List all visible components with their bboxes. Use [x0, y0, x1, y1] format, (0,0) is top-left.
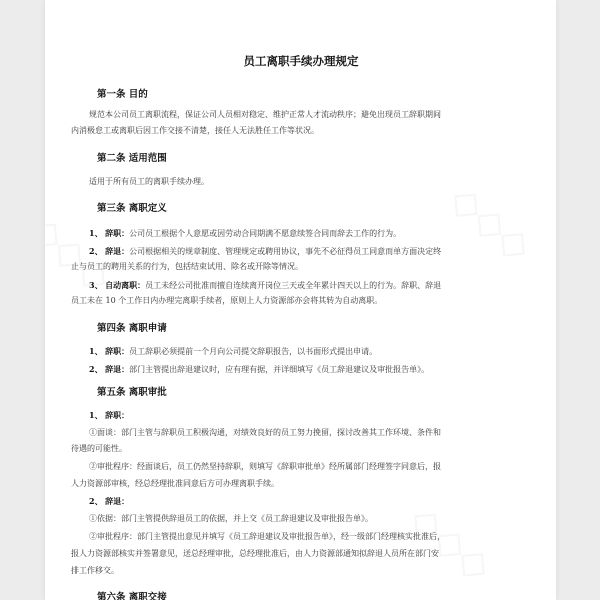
paragraph-line: ②审批程序：经面谈后，员工仍然坚持辞职，则填写《辞职审批单》经所属部门经理签字同… — [71, 459, 533, 475]
paragraph-line: ①依据：部门主管提供辞退员工的依据，并上交《员工辞退建议及审批报告单》。 — [71, 511, 533, 527]
item-text: 公司员工根据个人意愿或因劳动合同期满不愿意续签合同而辞去工作的行为。 — [129, 229, 401, 238]
item-term: 辞职： — [105, 410, 129, 420]
application-item: 2、 辞退：部门主管提出辞退建议时，应有理有据，并详细填写《员工辞退建议及审批报… — [71, 361, 533, 378]
document-page: ◇◇◇ ◇◇◇ ◇◇◇ 员工离职手续办理规定 第一条 目的 规范本公司员工离职流… — [45, 0, 556, 600]
paragraph-line: 员工未在 10 个工作日内办理完离职手续者，原则上人力资源部亦会将其转为自动离职… — [71, 293, 533, 309]
item-term: 辞退： — [105, 246, 129, 256]
item-number: 1、 — [89, 346, 103, 356]
paragraph-line: 内消极怠工或离职后因工作交接不清楚，接任人无法胜任工作等状况。 — [71, 123, 533, 139]
application-item: 1、 辞职：员工辞职必须提前一个月向公司提交辞职报告，以书面形式提出申请。 — [71, 343, 533, 360]
item-term: 辞退： — [105, 496, 129, 506]
item-term: 自动离职： — [105, 280, 145, 290]
item-term: 辞退： — [105, 364, 129, 374]
item-number: 3、 — [89, 280, 103, 290]
item-term: 辞职： — [105, 228, 129, 238]
paragraph-line: 人力资源部审核，经总经理批准同意后方可办理离职手续。 — [71, 476, 533, 492]
sub-heading: 1、 辞职： — [71, 407, 533, 424]
item-text: 员工辞职必须提前一个月向公司提交辞职报告，以书面形式提出申请。 — [129, 347, 377, 356]
paragraph-line: 待遇的可能性。 — [71, 441, 533, 457]
definition-item: 1、 辞职：公司员工根据个人意愿或因劳动合同期满不愿意续签合同而辞去工作的行为。 — [71, 225, 533, 242]
item-number: 2、 — [89, 364, 103, 374]
section-heading-6: 第六条 离职交接 — [97, 589, 167, 600]
section-heading-2: 第二条 适用范围 — [97, 150, 167, 164]
item-text: 部门主管提出辞退建议时，应有理有据，并详细填写《员工辞退建议及审批报告单》。 — [129, 365, 429, 374]
paragraph-line: 排工作移交。 — [71, 563, 533, 579]
paragraph-line: 报人力资源部核实并签署意见，送总经理审批，总经理批准后，由人力资源部通知拟辞退人… — [71, 546, 533, 562]
section-heading-4: 第四条 离职申请 — [97, 320, 167, 334]
section-heading-1: 第一条 目的 — [97, 86, 148, 100]
document-title: 员工离职手续办理规定 — [71, 53, 531, 69]
item-number: 1、 — [89, 410, 103, 420]
item-term: 辞职： — [105, 346, 129, 356]
definition-item: 2、 辞退：公司根据相关的规章制度、管理规定或聘用协议，事先不必征得员工同意而单… — [71, 243, 533, 260]
section-heading-3: 第三条 离职定义 — [97, 200, 167, 214]
item-text: 公司根据相关的规章制度、管理规定或聘用协议，事先不必征得员工同意而单方面决定终 — [129, 247, 441, 256]
paragraph-line: ②审批程序：部门主管提出意见并填写《员工辞退建议及审批报告单》，经一级部门经理核… — [71, 529, 533, 545]
definition-item: 3、 自动离职：员工未经公司批准而擅自连续离开岗位三天或全年累计四天以上的行为。… — [71, 277, 533, 294]
paragraph-line: 规范本公司员工离职流程，保证公司人员相对稳定、维护正常人才流动秩序；避免出现员工… — [71, 107, 533, 123]
paragraph-line: 适用于所有员工的离职手续办理。 — [71, 174, 533, 190]
sub-heading: 2、 辞退： — [71, 493, 533, 510]
item-number: 1、 — [89, 228, 103, 238]
section-heading-5: 第五条 离职审批 — [97, 384, 167, 398]
item-text: 员工未经公司批准而擅自连续离开岗位三天或全年累计四天以上的行为。辞职、辞退 — [145, 281, 441, 290]
paragraph-line: ①面谈：部门主管与辞职员工积极沟通，对绩效良好的员工努力挽留，探讨改善其工作环境… — [71, 425, 533, 441]
item-number: 2、 — [89, 496, 103, 506]
paragraph-line: 止与员工的聘用关系的行为，包括结束试用、除名或开除等情况。 — [71, 259, 533, 275]
item-number: 2、 — [89, 246, 103, 256]
